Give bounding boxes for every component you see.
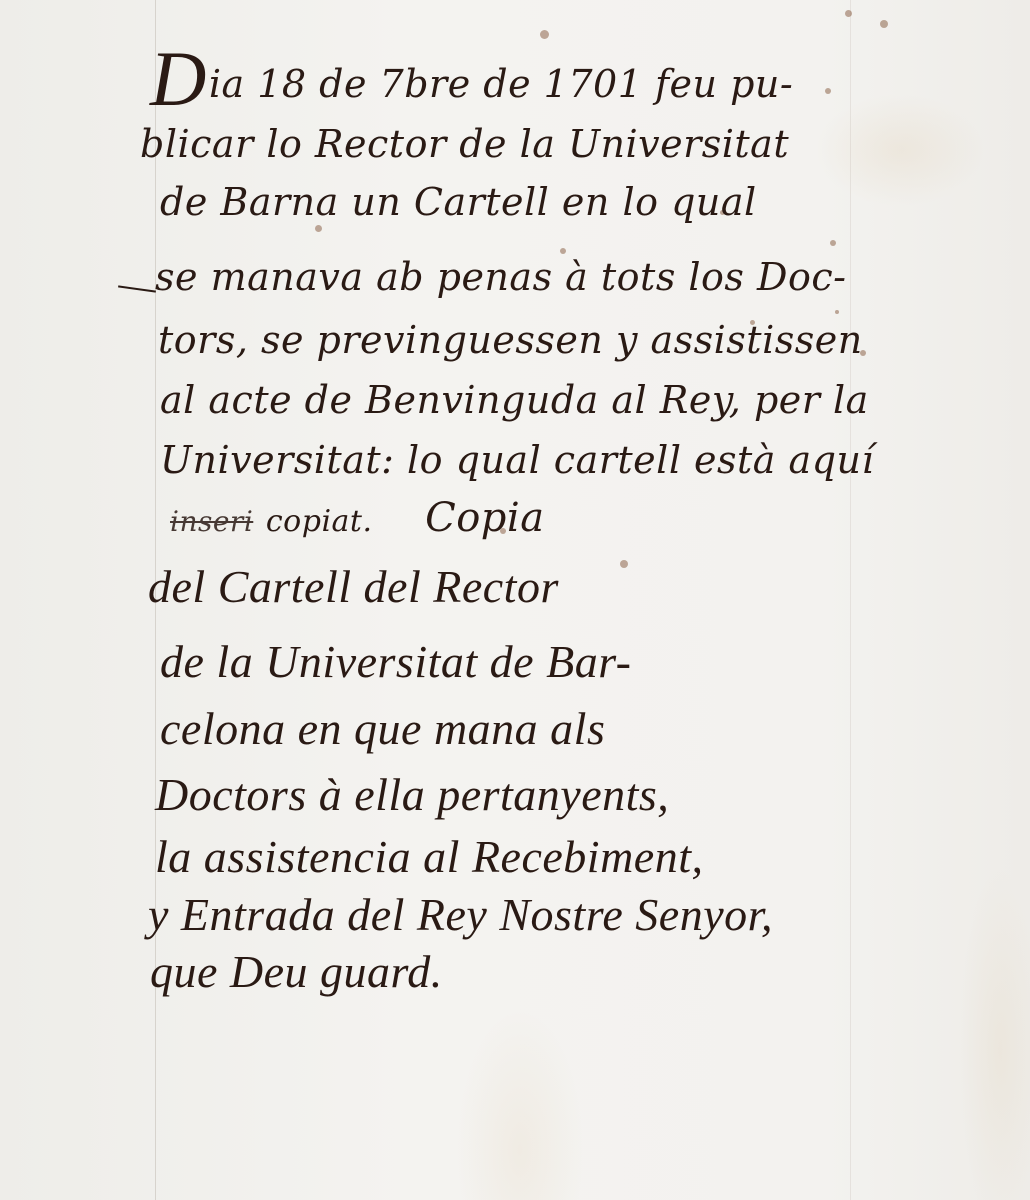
drop-cap: D xyxy=(150,35,207,122)
struck-word: inseri xyxy=(170,505,253,538)
entry-line-8: inseri copiat. Copia xyxy=(170,495,545,541)
title-line-5: la assistencia al Recebiment, xyxy=(155,830,704,883)
title-line-6: y Entrada del Rey Nostre Senyor, xyxy=(148,888,773,941)
title-line-1: del Cartell del Rector xyxy=(148,560,559,613)
margin-dash xyxy=(118,285,156,292)
manuscript-text: Dia 18 de 7bre de 1701 feu pu- blicar lo… xyxy=(0,0,1030,1200)
entry-line-1: Dia 18 de 7bre de 1701 feu pu- xyxy=(150,40,793,118)
entry-line-text: ia 18 de 7bre de 1701 feu pu- xyxy=(209,62,793,106)
copiat-word: copiat. xyxy=(266,504,373,539)
entry-line-2: blicar lo Rector de la Universitat xyxy=(140,122,789,166)
title-line-7: que Deu guard. xyxy=(150,945,443,998)
title-line-3: celona en que mana als xyxy=(160,702,605,755)
title-line-2: de la Universitat de Bar- xyxy=(160,635,632,688)
entry-line-4: se manava ab penas à tots los Doc- xyxy=(155,255,846,299)
entry-line-7: Universitat: lo qual cartell està aquí xyxy=(160,438,874,482)
entry-line-6: al acte de Benvinguda al Rey, per la xyxy=(160,378,869,422)
copia-heading: Copia xyxy=(425,495,544,541)
entry-line-3: de Barna un Cartell en lo qual xyxy=(160,180,757,224)
entry-line-5: tors, se previnguessen y assistissen xyxy=(158,318,863,362)
title-line-4: Doctors à ella pertanyents, xyxy=(155,768,669,821)
